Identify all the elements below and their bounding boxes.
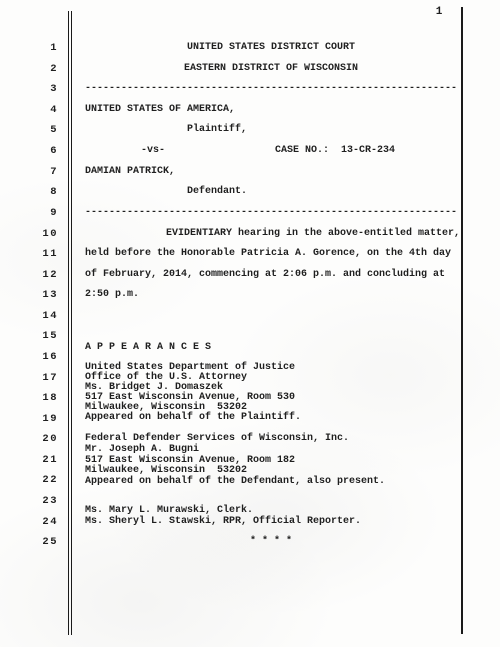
hearing-paragraph-line-1: EVIDENTIARY hearing in the above-entitle…: [166, 228, 460, 239]
divider-bottom: ----------------------------------------…: [85, 207, 457, 218]
court-title: UNITED STATES DISTRICT COURT: [85, 42, 457, 53]
line-number: 2: [24, 63, 58, 75]
line-number: 8: [24, 186, 58, 198]
line-number: 1: [24, 42, 58, 54]
defendant-label: Defendant.: [187, 186, 247, 197]
district-title: EASTERN DISTRICT OF WISCONSIN: [85, 63, 457, 74]
line-number: 21: [24, 454, 58, 466]
line-number: 22: [24, 474, 58, 486]
page-number: 1: [426, 6, 452, 18]
line-number: 25: [24, 536, 58, 548]
line-number: 16: [24, 351, 58, 363]
plaintiff-counsel-appearance: Appeared on behalf of the Plaintiff.: [85, 412, 301, 423]
transcript-page: 1 12345678910111213141516171819202122232…: [0, 0, 500, 647]
defense-counsel-address-2: Milwaukee, Wisconsin 53202: [85, 465, 247, 476]
line-number: 3: [24, 83, 58, 95]
line-number: 4: [24, 104, 58, 116]
line-number: 24: [24, 516, 58, 528]
line-number: 9: [24, 207, 58, 219]
plaintiff-label: Plaintiff,: [187, 124, 247, 135]
line-number: 17: [24, 372, 58, 384]
line-number: 14: [24, 310, 58, 322]
right-margin-rule: [461, 7, 463, 634]
line-number: 6: [24, 145, 58, 157]
line-number: 7: [24, 166, 58, 178]
line-number: 12: [24, 269, 58, 281]
defense-counsel-org: Federal Defender Services of Wisconsin, …: [85, 433, 349, 444]
divider-top: ----------------------------------------…: [85, 83, 457, 94]
line-number: 5: [24, 124, 58, 136]
section-break-asterisks: * * * *: [85, 536, 457, 547]
line-number: 19: [24, 413, 58, 425]
line-number: 13: [24, 289, 58, 301]
defense-counsel-name: Mr. Joseph A. Bugni: [85, 444, 199, 455]
plaintiff-name: UNITED STATES OF AMERICA,: [85, 104, 235, 115]
line-number: 20: [24, 433, 58, 445]
defendant-name: DAMIAN PATRICK,: [85, 166, 175, 177]
vs-label: -vs-: [141, 145, 165, 156]
hearing-paragraph-line-3: of February, 2014, commencing at 2:06 p.…: [85, 269, 445, 280]
line-number: 18: [24, 392, 58, 404]
line-number: 10: [24, 228, 58, 240]
line-number: 23: [24, 495, 58, 507]
reporter-line: Ms. Sheryl L. Stawski, RPR, Official Rep…: [85, 516, 361, 527]
defense-counsel-appearance: Appeared on behalf of the Defendant, als…: [85, 476, 385, 487]
line-number: 11: [24, 248, 58, 260]
clerk-line: Ms. Mary L. Murawski, Clerk.: [85, 505, 253, 516]
line-number: 15: [24, 330, 58, 342]
left-margin-rule: [68, 11, 72, 635]
appearances-heading: A P P E A R A N C E S: [85, 342, 211, 353]
hearing-paragraph-line-2: held before the Honorable Patricia A. Go…: [85, 248, 451, 259]
hearing-paragraph-line-4: 2:50 p.m.: [85, 289, 139, 300]
case-number: CASE NO.: 13-CR-234: [275, 145, 395, 156]
